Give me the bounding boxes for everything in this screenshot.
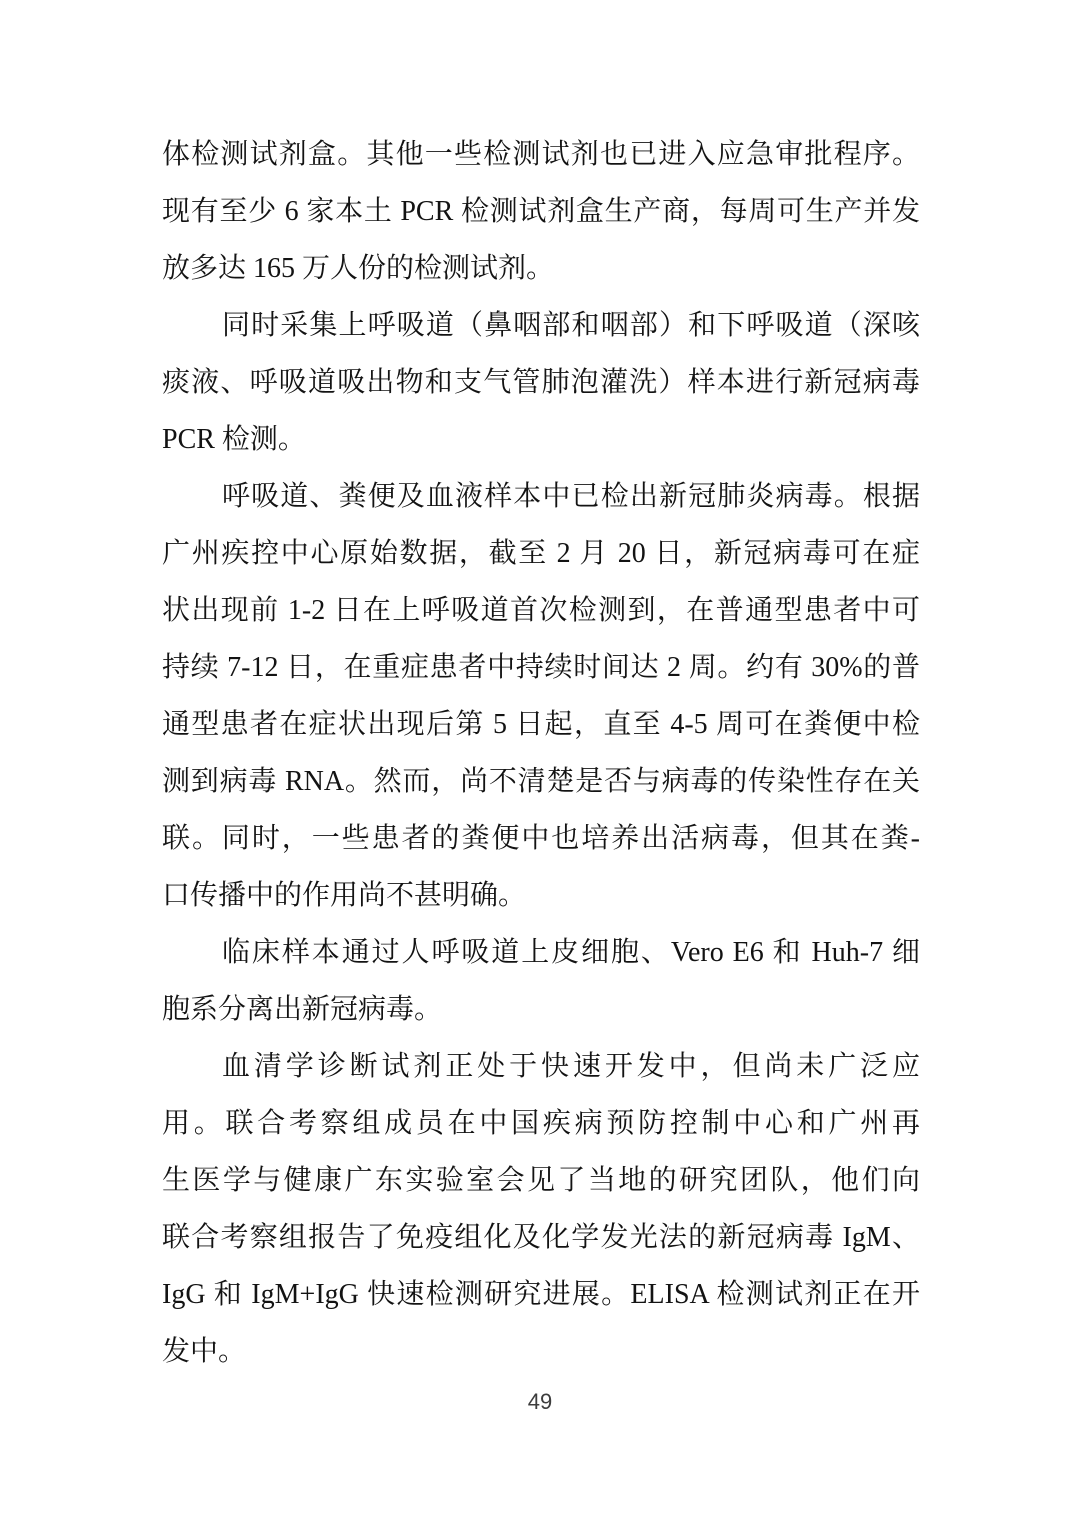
- text-line: 广州疾控中心原始数据，截至 2 月 20 日，新冠病毒可在症: [162, 525, 920, 582]
- text-line: 状出现前 1-2 日在上呼吸道首次检测到，在普通型患者中可: [162, 582, 920, 639]
- text-line: 联合考察组报告了免疫组化及化学发光法的新冠病毒 IgM、: [162, 1209, 920, 1266]
- text-line: 持续 7-12 日，在重症患者中持续时间达 2 周。约有 30%的普: [162, 639, 920, 696]
- page-number: 49: [0, 1389, 1080, 1415]
- text-line: 同时采集上呼吸道（鼻咽部和咽部）和下呼吸道（深咳: [162, 297, 920, 354]
- text-line: 口传播中的作用尚不甚明确。: [162, 867, 920, 924]
- text-line: PCR 检测。: [162, 411, 920, 468]
- text-line: 现有至少 6 家本土 PCR 检测试剂盒生产商，每周可生产并发: [162, 183, 920, 240]
- body-text: 体检测试剂盒。其他一些检测试剂也已进入应急审批程序。现有至少 6 家本土 PCR…: [162, 126, 920, 1380]
- text-line: 临床样本通过人呼吸道上皮细胞、Vero E6 和 Huh-7 细: [162, 924, 920, 981]
- text-line: 痰液、呼吸道吸出物和支气管肺泡灌洗）样本进行新冠病毒: [162, 354, 920, 411]
- text-line: 血清学诊断试剂正处于快速开发中，但尚未广泛应: [162, 1038, 920, 1095]
- text-line: 用。联合考察组成员在中国疾病预防控制中心和广州再: [162, 1095, 920, 1152]
- text-line: 测到病毒 RNA。然而，尚不清楚是否与病毒的传染性存在关: [162, 753, 920, 810]
- text-line: 通型患者在症状出现后第 5 日起，直至 4-5 周可在粪便中检: [162, 696, 920, 753]
- text-line: 胞系分离出新冠病毒。: [162, 981, 920, 1038]
- text-line: 体检测试剂盒。其他一些检测试剂也已进入应急审批程序。: [162, 126, 920, 183]
- text-line: 发中。: [162, 1323, 920, 1380]
- document-page: 体检测试剂盒。其他一些检测试剂也已进入应急审批程序。现有至少 6 家本土 PCR…: [0, 0, 1080, 1527]
- text-line: 联。同时，一些患者的粪便中也培养出活病毒，但其在粪-: [162, 810, 920, 867]
- text-line: 生医学与健康广东实验室会见了当地的研究团队，他们向: [162, 1152, 920, 1209]
- text-line: 放多达 165 万人份的检测试剂。: [162, 240, 920, 297]
- text-line: IgG 和 IgM+IgG 快速检测研究进展。ELISA 检测试剂正在开: [162, 1266, 920, 1323]
- text-line: 呼吸道、粪便及血液样本中已检出新冠肺炎病毒。根据: [162, 468, 920, 525]
